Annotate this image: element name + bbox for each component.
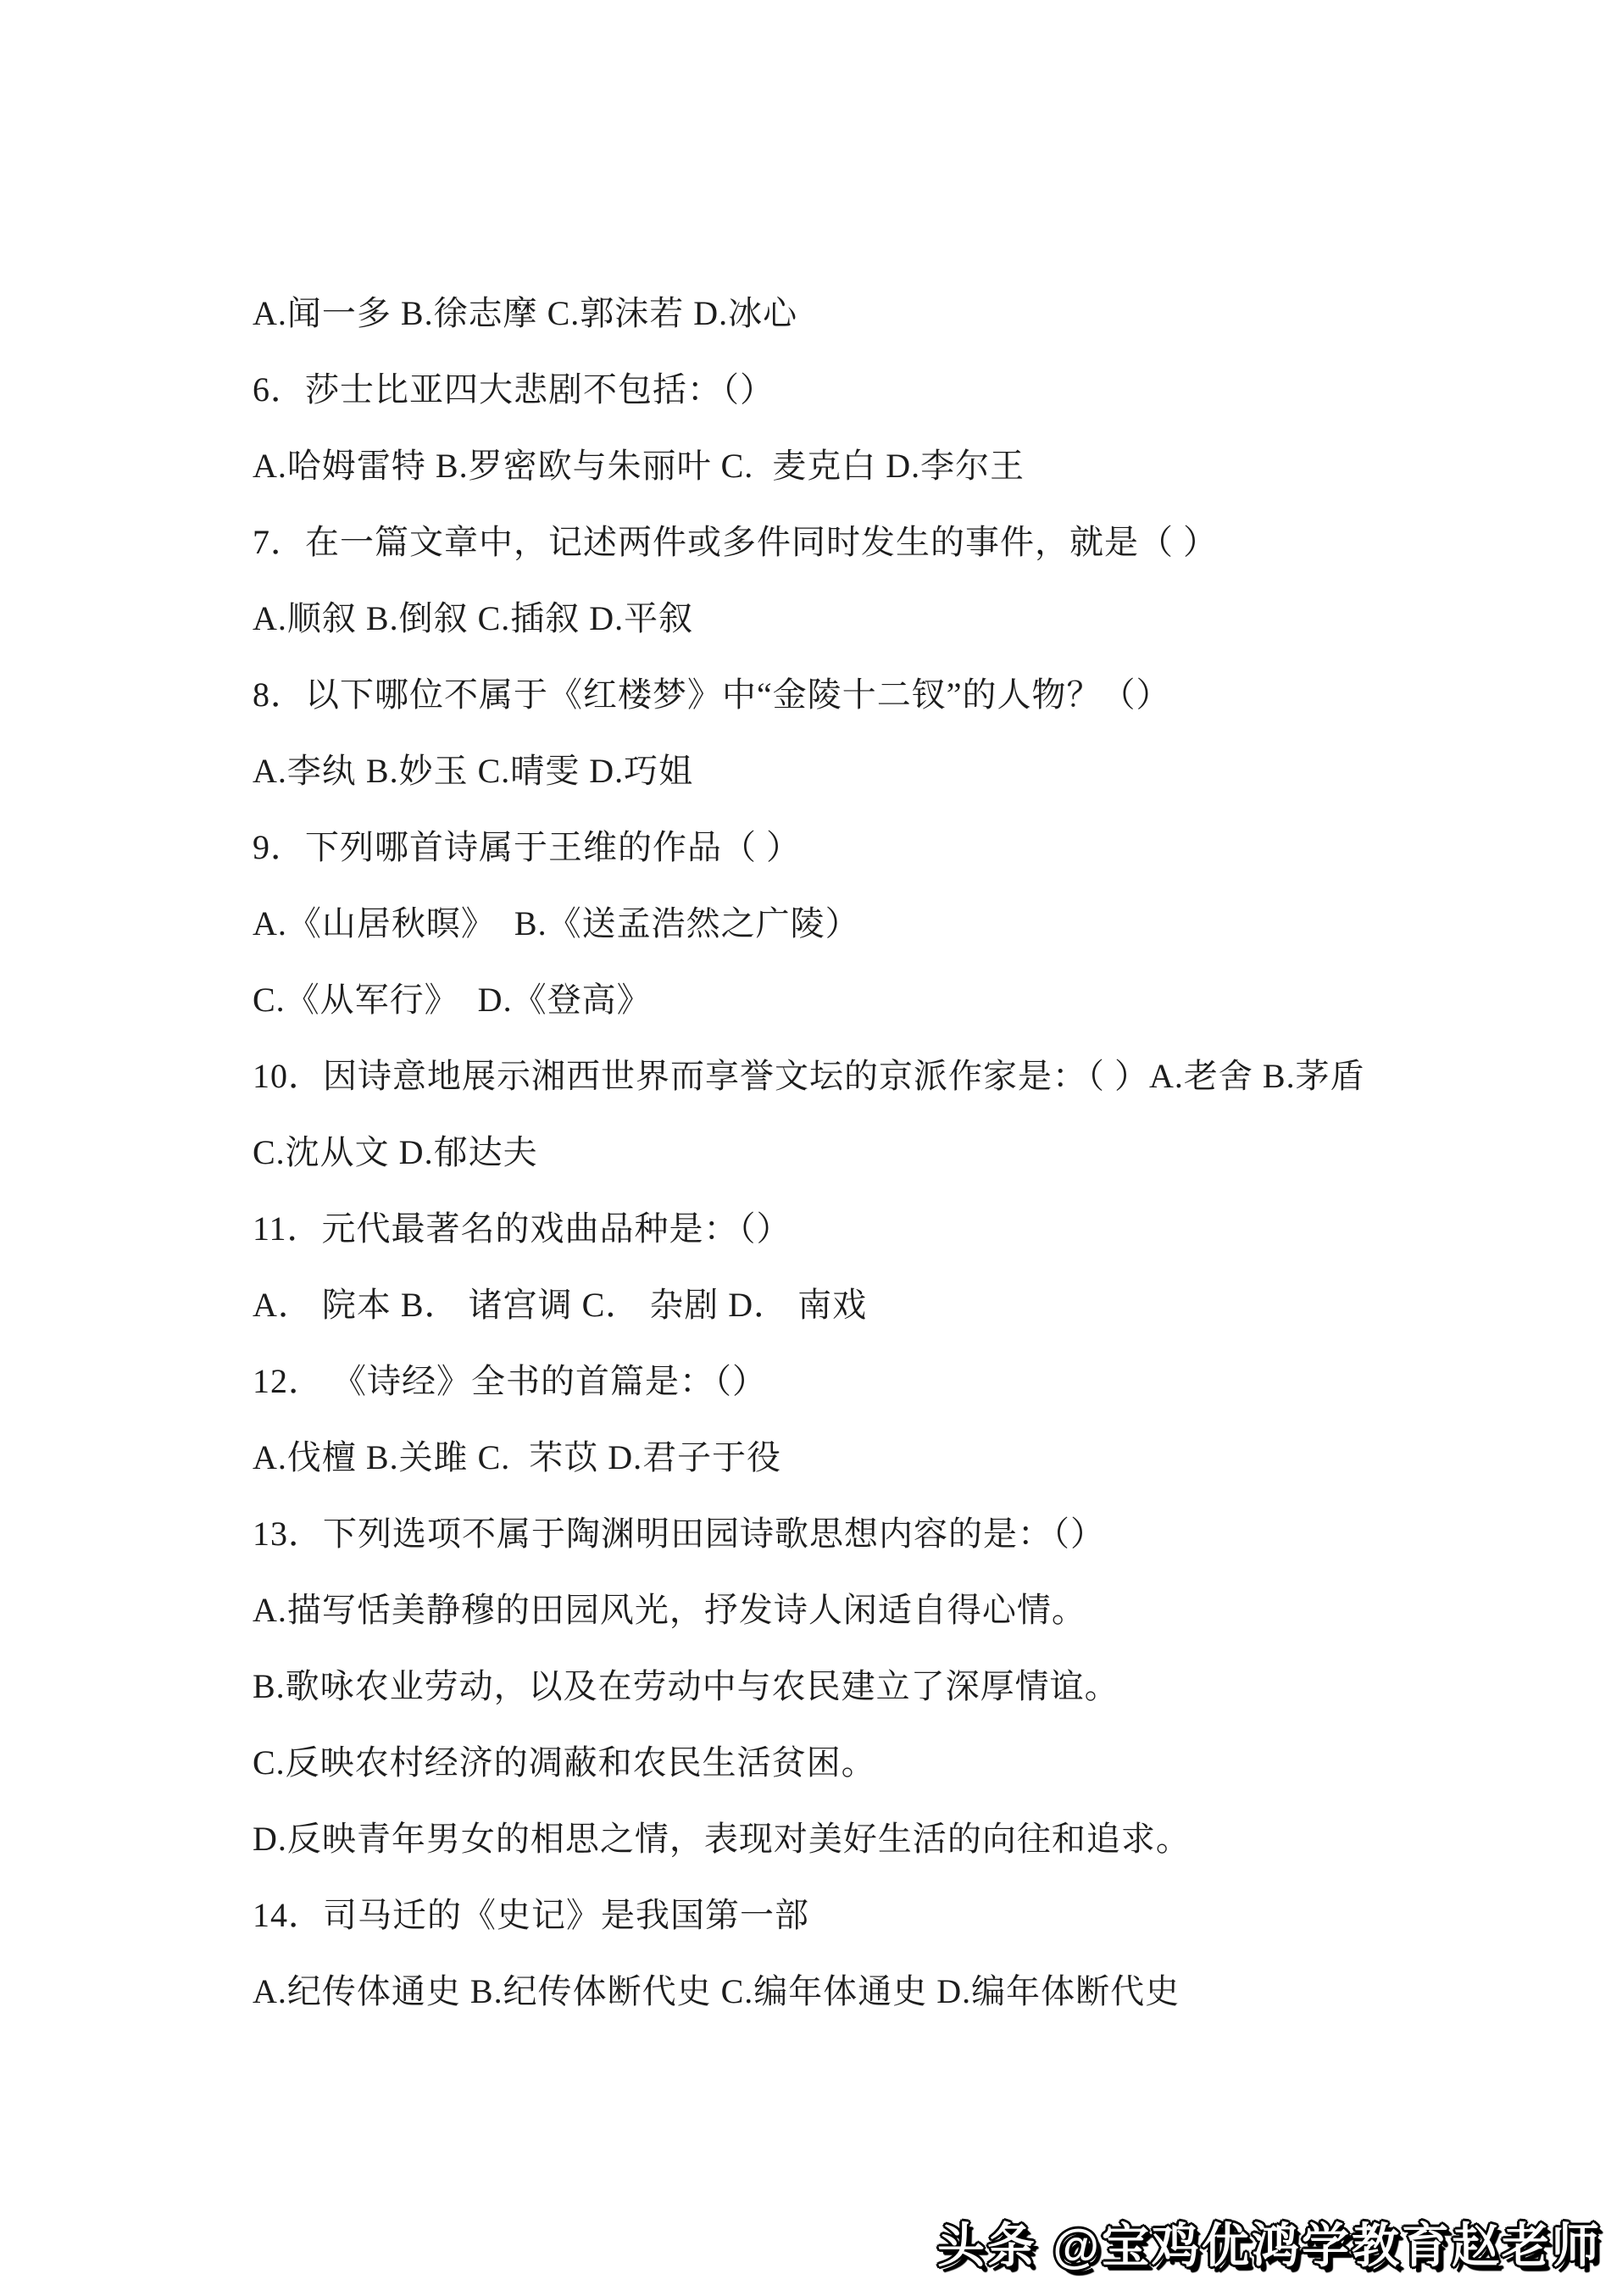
question-stem: 12． 《诗经》全书的首篇是：（）: [253, 1343, 1439, 1420]
question-stem: 6．莎士比亚四大悲剧不包括：（）: [253, 352, 1439, 428]
question-stem: 13．下列选项不属于陶渊明田园诗歌思想内容的是：（）: [253, 1496, 1439, 1572]
question-stem: 11．元代最著名的戏曲品种是：（）: [253, 1191, 1439, 1267]
answer-options: A.哈姆雷特 B.罗密欧与朱丽叶 C. 麦克白 D.李尔王: [253, 428, 1439, 504]
question-stem: 14．司马迁的《史记》是我国第一部: [253, 1877, 1439, 1954]
answer-options: B.歌咏农业劳动，以及在劳动中与农民建立了深厚情谊。: [253, 1648, 1439, 1725]
question-stem: 8．以下哪位不属于《红楼梦》中“金陵十二钗”的人物？（）: [253, 657, 1439, 733]
answer-options: A． 院本 B． 诸宫调 C． 杂剧 D． 南戏: [253, 1267, 1439, 1343]
answer-options: A.描写恬美静穆的田园风光，抒发诗人闲适自得心情。: [253, 1572, 1439, 1648]
answer-options: A.纪传体通史 B.纪传体断代史 C.编年体通史 D.编年体断代史: [253, 1954, 1439, 2030]
answer-options: A.李纨 B.妙玉 C.晴雯 D.巧姐: [253, 733, 1439, 809]
toutiao-watermark: 头条 @宝鸡优鸿学教育赵老师: [937, 2209, 1602, 2277]
answer-options: D.反映青年男女的相思之情，表现对美好生活的向往和追求。: [253, 1801, 1439, 1877]
answer-options: A.顺叙 B.倒叙 C.插叙 D.平叙: [253, 581, 1439, 657]
exam-text-block: A.闻一多 B.徐志摩 C.郭沫若 D.冰心 6．莎士比亚四大悲剧不包括：（） …: [253, 275, 1439, 2030]
answer-options: C.《从军行》 D.《登高》: [253, 962, 1439, 1038]
question-stem: 10．因诗意地展示湘西世界而享誉文坛的京派作家是：（ ）A.老舍 B.茅盾: [253, 1038, 1439, 1115]
exam-page: A.闻一多 B.徐志摩 C.郭沫若 D.冰心 6．莎士比亚四大悲剧不包括：（） …: [0, 0, 1622, 2296]
answer-options: A.伐檀 B.关雎 C. 芣苡 D.君子于役: [253, 1420, 1439, 1496]
question-stem: 7．在一篇文章中，记述两件或多件同时发生的事件，就是（ ）: [253, 504, 1439, 581]
answer-options: C.沈从文 D.郁达夫: [253, 1115, 1439, 1191]
answer-options: A.《山居秋暝》 B.《送孟浩然之广陵）: [253, 886, 1439, 962]
answer-options: A.闻一多 B.徐志摩 C.郭沫若 D.冰心: [253, 275, 1439, 352]
answer-options: C.反映农村经济的凋蔽和农民生活贫困。: [253, 1725, 1439, 1801]
question-stem: 9．下列哪首诗属于王维的作品（ ）: [253, 809, 1439, 886]
